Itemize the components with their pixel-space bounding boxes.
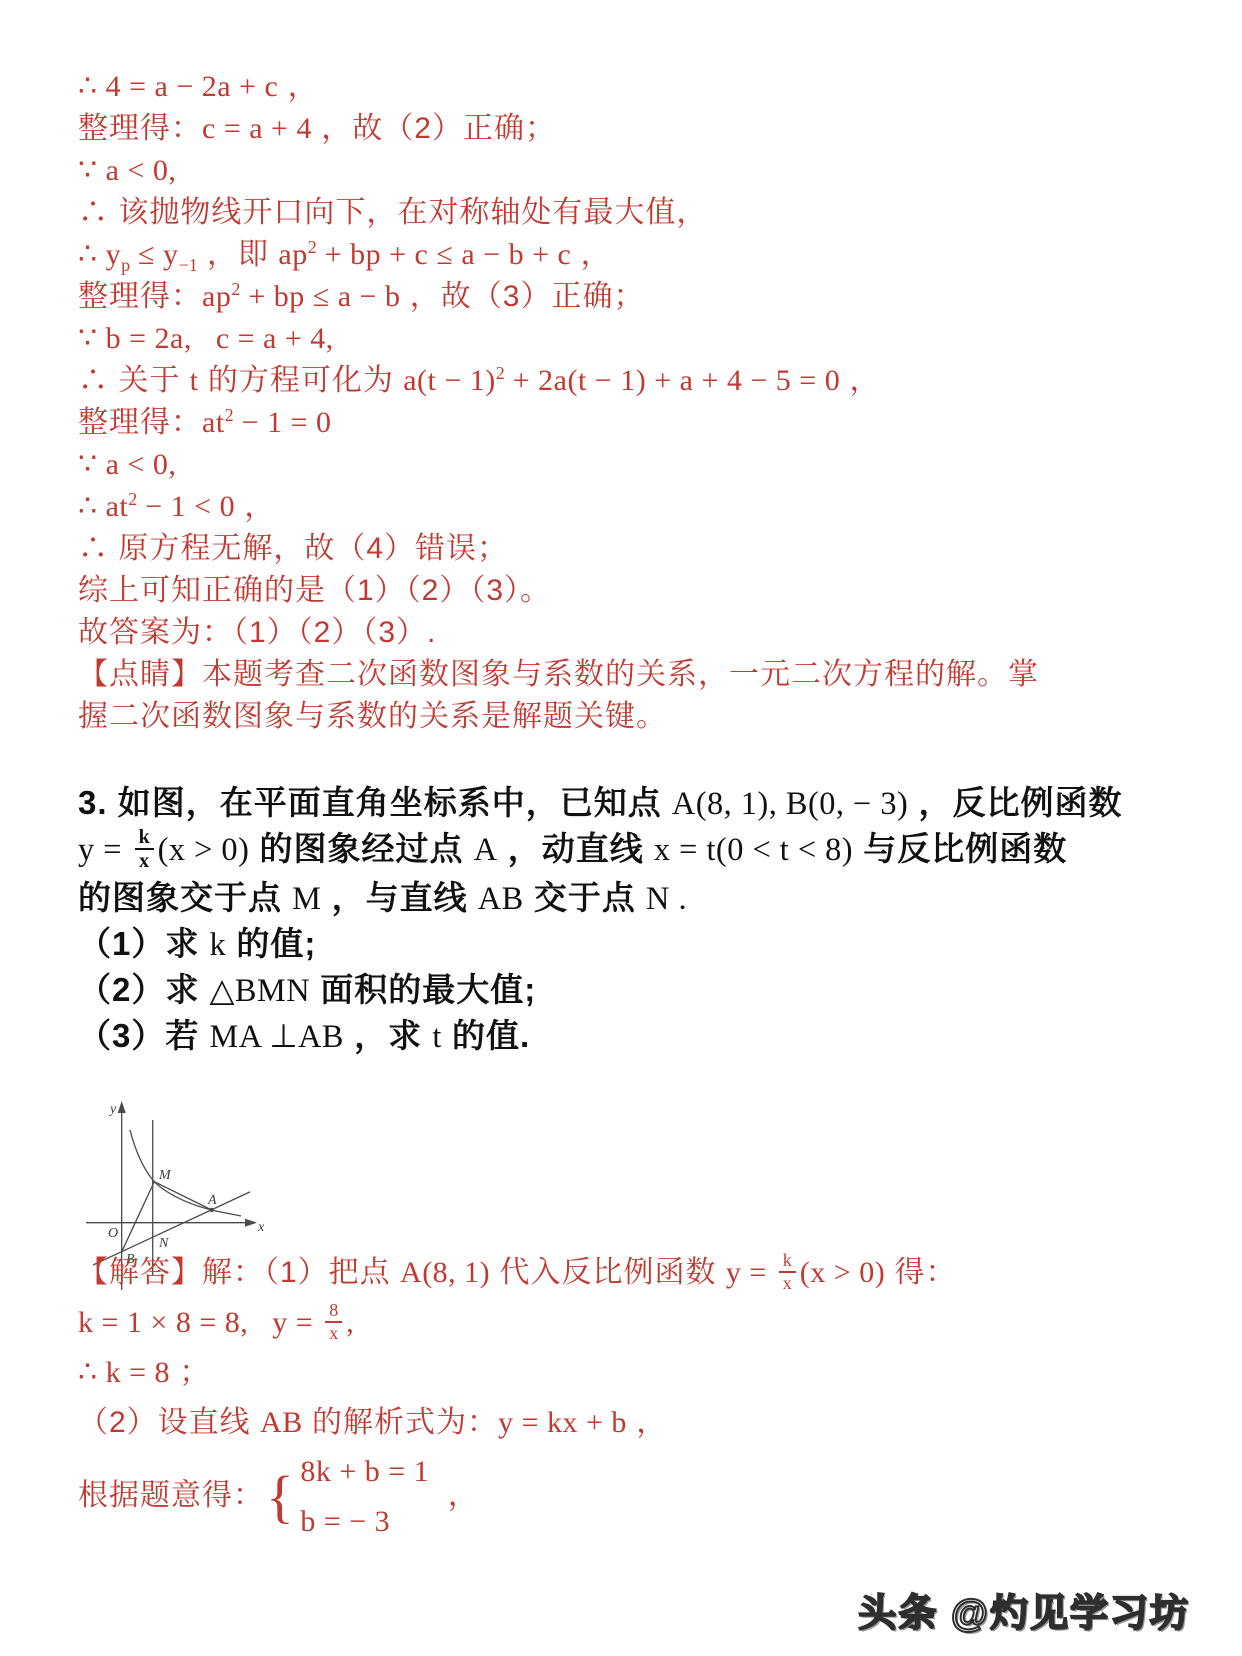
math-segment: + 2a(t − 1) + a + 4 − 5 = 0: [505, 364, 840, 397]
text-segment: ∴ 关于: [78, 364, 190, 397]
superscript: 2: [496, 363, 505, 383]
text-line: （3）若 MA ⊥AB ，求 t 的值.: [78, 1013, 1206, 1059]
text-segment: 的解析式为：: [303, 1406, 498, 1439]
math-segment: MA ⊥AB: [210, 1018, 344, 1054]
text-line: 3. 如图，在平面直角坐标系中，已知点 A(8, 1), B(0, − 3) ，…: [78, 780, 1206, 826]
text-segment: 整理得：: [78, 280, 202, 313]
text-line: （1）求 k 的值;: [78, 921, 1206, 967]
text-line: ∵ b = 2a, c = a + 4,: [78, 318, 1206, 360]
math-segment: y =: [78, 831, 131, 867]
text-line: 综上可知正确的是（1）（2）（3）。: [78, 570, 1206, 612]
text-line: 根据题意得：{8k + b = 1b = − 3 ，: [78, 1448, 1206, 1546]
math-segment: .: [670, 880, 687, 916]
fraction: 8x: [325, 1300, 342, 1343]
superscript: 2: [128, 489, 137, 509]
text-line: 整理得：c = a + 4 ，故（2）正确；: [78, 108, 1206, 150]
label-x: x: [257, 1220, 265, 1235]
text-segment: 握二次函数图象与系数的关系是解题关键。: [78, 700, 667, 733]
math-segment: ≤ y: [130, 238, 178, 271]
segment-MA: [154, 1182, 211, 1210]
fraction-numerator: k: [779, 1250, 796, 1273]
text-line: 【解答】解：（1）把点 A(8, 1) 代入反比例函数 y = kx(x > 0…: [78, 1248, 1206, 1298]
fraction-denominator: x: [135, 850, 153, 873]
text-line: 【点睛】本题考查二次函数图象与系数的关系，一元二次方程的解。掌: [78, 654, 1206, 696]
math-segment: t: [190, 364, 199, 397]
fraction: kx: [779, 1250, 796, 1293]
text-segment: 整理得：: [78, 112, 202, 145]
text-segment: ，故（3）正确；: [400, 280, 644, 313]
math-segment: A: [474, 831, 498, 867]
math-segment: y =: [726, 1256, 775, 1289]
text-segment: 的值.: [442, 1017, 530, 1054]
text-segment: 代入反比例函数: [490, 1256, 726, 1289]
label-A: A: [207, 1193, 217, 1208]
fraction-numerator: 8: [325, 1300, 342, 1323]
math-segment: ∴ at: [78, 490, 128, 523]
text-segment: ∴ 该抛物线开口向下，在对称轴处有最大值，: [78, 196, 707, 229]
math-segment: ,: [346, 1306, 354, 1339]
math-segment: at: [202, 406, 225, 439]
text-segment: ；: [170, 1356, 210, 1389]
math-segment: A(8, 1): [400, 1256, 490, 1289]
text-line: ∴ 原方程无解，故（4）错误；: [78, 528, 1206, 570]
math-segment: (x > 0): [158, 831, 250, 867]
text-segment: （2）求: [78, 971, 210, 1008]
math-segment: c = a + 4: [202, 112, 312, 145]
superscript: 2: [231, 279, 240, 299]
math-segment: + bp + c ≤ a − b + c: [317, 238, 572, 271]
text-segment: 整理得：: [78, 406, 202, 439]
math-segment: ∴ 4 = a − 2a + c: [78, 70, 278, 103]
math-segment: a(t − 1): [403, 364, 496, 397]
text-line: k = 1 × 8 = 8, y = 8x,: [78, 1298, 1206, 1348]
text-segment: ，与直线: [321, 879, 477, 916]
text-line: ∴ yp ≤ y−1 ，即 ap2 + bp + c ≤ a − b + c ，: [78, 234, 1206, 276]
text-segment: ∴ 原方程无解，故（4）错误；: [78, 532, 508, 565]
text-segment: ，动直线: [498, 830, 654, 867]
y-axis-arrow: [118, 1101, 126, 1113]
text-line: ∴ k = 8 ；: [78, 1348, 1206, 1398]
superscript: 2: [225, 405, 234, 425]
left-brace: {: [266, 1471, 294, 1523]
text-segment: ，反比例函数: [908, 784, 1122, 821]
segment-BM: [122, 1182, 155, 1252]
text-line: 的图象交于点 M ，与直线 AB 交于点 N .: [78, 875, 1206, 921]
system-row: b = − 3: [300, 1504, 429, 1540]
math-segment: ∵ a < 0,: [78, 448, 176, 481]
math-segment: AB: [260, 1406, 303, 1439]
text-segment: ，: [627, 1406, 667, 1439]
text-segment: 与反比例函数: [853, 830, 1067, 867]
math-segment: AB: [478, 880, 524, 916]
fraction-denominator: x: [779, 1273, 796, 1294]
text-line: （2）求 △BMN 面积的最大值;: [78, 967, 1206, 1013]
fraction: kx: [135, 826, 154, 874]
watermark: 头条 @灼见学习坊: [858, 1582, 1190, 1637]
subscript: −1: [179, 255, 198, 275]
text-segment: 交于点: [524, 879, 646, 916]
text-line: 整理得：ap2 + bp ≤ a − b ，故（3）正确；: [78, 276, 1206, 318]
math-segment: + bp ≤ a − b: [240, 280, 400, 313]
text-segment: 得：: [885, 1256, 956, 1289]
math-segment: − 1 = 0: [234, 406, 332, 439]
math-segment: ap: [278, 238, 307, 271]
text-segment: 【点睛】本题考查二次函数图象与系数的关系，一元二次方程的解。掌: [78, 658, 1039, 691]
text-segment: 【解答】解：（1）把点: [78, 1256, 400, 1289]
math-segment: A(8, 1), B(0, − 3): [672, 785, 908, 821]
text-line: ∴ at2 − 1 < 0 ，: [78, 486, 1206, 528]
text-segment: 的值;: [226, 925, 316, 962]
text-segment: ，求: [344, 1017, 432, 1054]
page: ∴ 4 = a − 2a + c ，整理得：c = a + 4 ，故（2）正确；…: [0, 0, 1242, 1656]
text-segment: ，: [235, 490, 275, 523]
text-line: ∴ 4 = a − 2a + c ，: [78, 66, 1206, 108]
text-segment: 3. 如图，在平面直角坐标系中，已知点: [78, 784, 672, 821]
solution-part-2: 【解答】解：（1）把点 A(8, 1) 代入反比例函数 y = kx(x > 0…: [78, 1248, 1206, 1546]
x-axis-arrow: [245, 1219, 257, 1227]
text-segment: ，: [278, 70, 318, 103]
math-segment: ∴ y: [78, 238, 121, 271]
label-origin: O: [108, 1226, 118, 1241]
math-segment: M: [292, 880, 321, 916]
fraction-numerator: k: [135, 826, 154, 851]
label-M: M: [158, 1168, 172, 1183]
fraction-denominator: x: [325, 1323, 342, 1344]
text-line: ∴ 该抛物线开口向下，在对称轴处有最大值，: [78, 192, 1206, 234]
math-segment: k = 1 × 8 = 8, y =: [78, 1306, 321, 1339]
math-segment: △BMN: [210, 972, 311, 1008]
text-line: ∴ 关于 t 的方程可化为 a(t − 1)2 + 2a(t − 1) + a …: [78, 360, 1206, 402]
text-segment: ，即: [198, 238, 279, 271]
text-line: ∵ a < 0,: [78, 150, 1206, 192]
math-segment: k: [210, 926, 227, 962]
system-rows: 8k + b = 1b = − 3: [300, 1454, 429, 1540]
text-segment: 的方程可化为: [199, 364, 404, 397]
text-segment: （3）若: [78, 1017, 210, 1054]
subscript: p: [121, 255, 130, 275]
text-segment: （2）设直线: [78, 1406, 260, 1439]
solution-part-1: ∴ 4 = a − 2a + c ，整理得：c = a + 4 ，故（2）正确；…: [78, 66, 1206, 738]
math-segment: y = kx + b: [498, 1406, 627, 1439]
math-segment: x = t(0 < t < 8): [654, 831, 853, 867]
text-line: 握二次函数图象与系数的关系是解题关键。: [78, 696, 1206, 738]
text-line: ∵ a < 0,: [78, 444, 1206, 486]
problem-3-statement: 3. 如图，在平面直角坐标系中，已知点 A(8, 1), B(0, − 3) ，…: [78, 780, 1206, 1059]
text-segment: 的图象交于点: [78, 879, 292, 916]
math-segment: ap: [202, 280, 231, 313]
text-segment: ，: [840, 364, 880, 397]
text-segment: ，: [429, 1479, 479, 1512]
superscript: 2: [308, 237, 317, 257]
math-segment: ∵ a < 0,: [78, 154, 176, 187]
label-y: y: [108, 1102, 117, 1117]
math-segment: (x > 0): [800, 1256, 885, 1289]
math-segment: − 1 < 0: [137, 490, 235, 523]
math-segment: N: [646, 880, 670, 916]
point-A-dot: [210, 1208, 214, 1212]
text-segment: 面积的最大值;: [310, 971, 536, 1008]
text-segment: ，故（2）正确；: [312, 112, 556, 145]
text-segment: （1）求: [78, 925, 210, 962]
system-row: 8k + b = 1: [300, 1454, 429, 1490]
text-segment: 根据题意得：: [78, 1479, 264, 1512]
equation-system: {8k + b = 1b = − 3: [264, 1454, 429, 1540]
text-segment: 综上可知正确的是（1）（2）（3）。: [78, 574, 551, 607]
math-segment: t: [432, 1018, 441, 1054]
math-segment: ∵ b = 2a, c = a + 4,: [78, 322, 334, 355]
text-segment: 的图象经过点: [249, 830, 473, 867]
text-segment: 故答案为：（1）（2）（3）.: [78, 616, 436, 649]
text-line: 故答案为：（1）（2）（3）.: [78, 612, 1206, 654]
text-line: （2）设直线 AB 的解析式为：y = kx + b ，: [78, 1398, 1206, 1448]
hyperbola-curve: [130, 1130, 241, 1216]
math-segment: ∴ k = 8: [78, 1356, 170, 1389]
text-segment: ，: [571, 238, 611, 271]
text-line: 整理得：at2 − 1 = 0: [78, 402, 1206, 444]
text-line: y = kx(x > 0) 的图象经过点 A ，动直线 x = t(0 < t …: [78, 826, 1206, 875]
